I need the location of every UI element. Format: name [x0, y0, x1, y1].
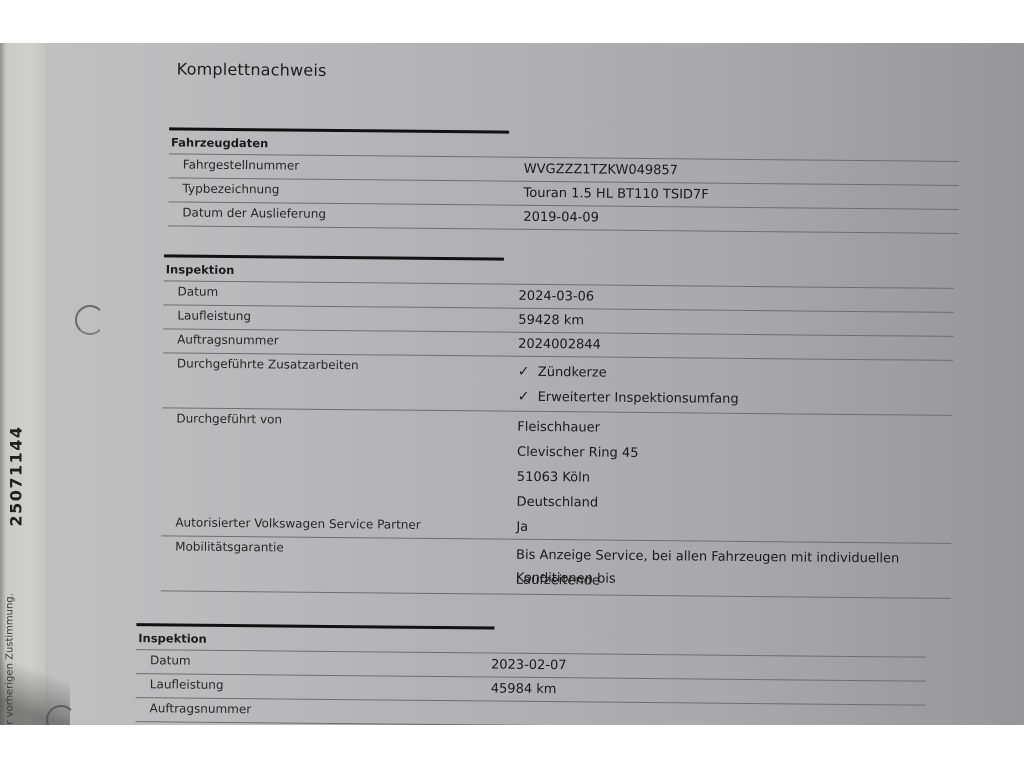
check-icon: ✓ [518, 361, 538, 384]
mileage-value: 59428 km [518, 309, 953, 336]
field-label: Datum [163, 281, 518, 307]
table-row: Mobilitätsgarantie Bis Anzeige Service, … [161, 536, 951, 599]
delivery-date-value: 2019-04-09 [523, 206, 958, 233]
mobility-guarantee-value: Bis Anzeige Service, bei allen Fahrzeuge… [516, 540, 951, 598]
date-value: 2023-02-07 [491, 654, 926, 681]
vin-value: WVGZZZ1TZKW049857 [524, 158, 959, 185]
field-label: Laufleistung [136, 674, 491, 700]
section-inspektion-2024: Inspektion Datum 2024-03-06 Laufleistung… [161, 254, 954, 599]
check-icon: ✓ [517, 386, 537, 409]
partner-value: Ja [516, 516, 951, 543]
order-number-value: 2024002844 [518, 333, 953, 360]
document-number: 25071144 [7, 427, 26, 527]
field-label: Autorisierter Volkswagen Service Partner [161, 512, 516, 538]
field-label: Fahrgestellnummer [169, 154, 524, 180]
workshop-address: Fleischhauer Clevischer Ring 45 51063 Kö… [516, 412, 952, 520]
work-item-text: Zündkerze [538, 365, 607, 381]
field-label: Laufleistung [163, 305, 518, 331]
service-record-page: Komplettnachweis Fahrzeugdaten Fahrgeste… [46, 43, 1024, 725]
page-title: Komplettnachweis [177, 59, 327, 79]
field-label: Auftragsnummer [135, 698, 490, 724]
section-inspektion-2023: Inspektion Datum 2023-02-07 Laufleistung… [135, 623, 926, 725]
field-label: Durchgeführt von [161, 408, 517, 515]
field-label: Typbezeichnung [168, 178, 523, 204]
date-value: 2024-03-06 [518, 285, 953, 312]
page-content: Komplettnachweis Fahrzeugdaten Fahrgeste… [39, 43, 1024, 725]
order-number-value [490, 701, 925, 725]
table-row: Durchgeführte Zusatzarbeiten ✓Zündkerze … [162, 353, 952, 416]
field-label: Datum [136, 650, 491, 676]
field-label: Durchgeführte Zusatzarbeiten [162, 353, 518, 410]
document-photo: 25071144 ler vorherigen Zustimmung. Komp… [0, 43, 1024, 725]
field-label: Auftragsnummer [163, 329, 518, 355]
mobility-text-line: Laufzeitende [516, 569, 951, 598]
section-fahrzeugdaten: Fahrzeugdaten Fahrgestellnummer WVGZZZ1T… [168, 127, 959, 234]
field-label: Mobilitätsgarantie [161, 536, 517, 593]
type-value: Touran 1.5 HL BT110 TSID7F [523, 182, 958, 209]
work-item-text: Erweiterter Inspektionsumfang [538, 390, 739, 407]
field-label: Datum der Auslieferung [168, 202, 523, 228]
list-item: ✓Erweiterter Inspektionsumfang [517, 386, 952, 415]
table-row: Durchgeführt von Fleischhauer Clevischer… [161, 408, 952, 520]
additional-work-list: ✓Zündkerze ✓Erweiterter Inspektionsumfan… [517, 357, 952, 415]
mileage-value: 45984 km [491, 678, 926, 705]
